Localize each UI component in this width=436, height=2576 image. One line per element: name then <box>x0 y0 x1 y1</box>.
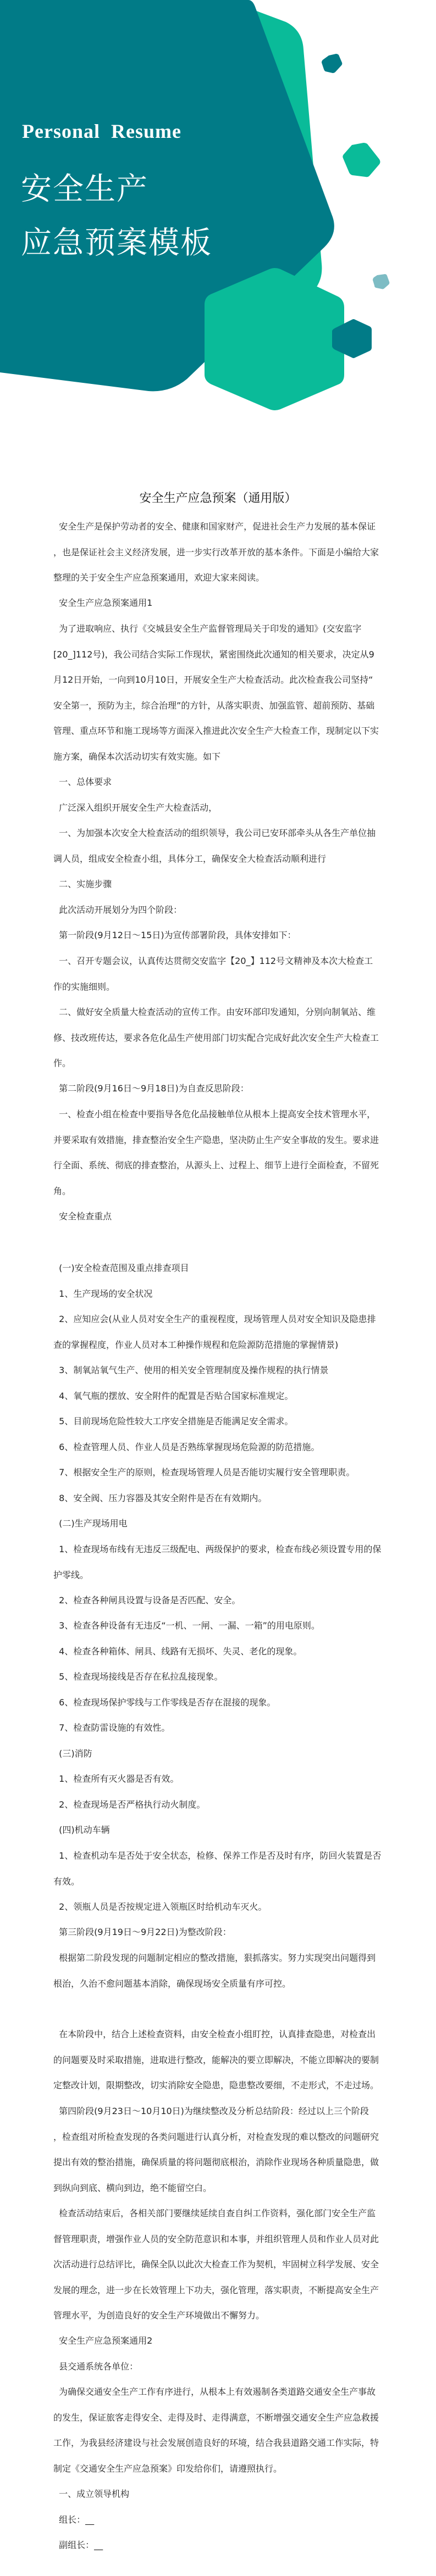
paragraph: 安全生产应急预案通用2 <box>53 2328 383 2354</box>
paragraph: 5、检查现场接线是否存在私拉乱接现象。 <box>53 1664 383 1690</box>
paragraph: 2、领瓶人员是否按规定进入领瓶区时给机动车灭火。 <box>53 1894 383 1920</box>
paragraph: 第一阶段(9月12日～15日)为宣传部署阶段，具体安排如下： <box>53 923 383 949</box>
large-green-hexagon <box>205 268 344 410</box>
cover-title-line2: 应急预案模板 <box>21 219 212 263</box>
paragraph: 县交通系统各单位： <box>53 2354 383 2380</box>
paragraph: 4、氧气瓶的摆放、安全附件的配置是否贴合国家标准规定。 <box>53 1384 383 1409</box>
paragraph: 3、检查各种设备有无违反“一机、一闸、一漏、一箱”的用电原则。 <box>53 1613 383 1639</box>
cover-banner: Personal Resume 安全生产 应急预案模板 <box>0 0 436 483</box>
medium-green-hexagon <box>343 143 380 177</box>
paragraph: 7、根据安全生产的原则，检查现场管理人员是否能切实履行安全管理职责。 <box>53 1460 383 1486</box>
paragraph: 一、总体要求 <box>53 770 383 795</box>
paragraph: 4、检查各种箱体、闸具、线路有无损坏、失灵、老化的现象。 <box>53 1639 383 1665</box>
paragraph: 二、做好安全质量大检查活动的宣传工作。由安环部印发通知，分别向制氧站、维 修、技… <box>53 1000 383 1077</box>
paragraph: 2、应知应会(从业人员对安全生产的重视程度，现场管理人员对安全知识及隐患排 查的… <box>53 1307 383 1358</box>
paragraph: (四)机动车辆 <box>53 1817 383 1843</box>
paragraph: 2、检查各种闸具设置与设备是否匹配、安全。 <box>53 1588 383 1614</box>
paragraph: 此次活动开展划分为四个阶段： <box>53 897 383 923</box>
paragraph: 1、检查所有灭火器是否有效。 <box>53 1766 383 1792</box>
paragraph: 二、实施步骤 <box>53 872 383 897</box>
paragraph: 检查活动结束后，各相关部门要继续延续自查自纠工作资料，强化部门安全生产监 督管理… <box>53 2201 383 2329</box>
paragraph: 第三阶段(9月19日～9月22日)为整改阶段： <box>53 1920 383 1945</box>
paragraph: 3、制氧站氧气生产、使用的相关安全管理制度及操作规程的执行情景 <box>53 1358 383 1384</box>
paragraph: 安全生产是保护劳动者的安全、健康和国家财产，促进社会生产力发展的基本保证 ，也是… <box>53 514 383 591</box>
paragraph: 1、检查现场布线有无违反三级配电、两级保护的要求，检查布线必须设置专用的保 护零… <box>53 1537 383 1588</box>
paragraph: (一)安全检查范围及重点排查项目 <box>53 1256 383 1281</box>
paragraph: (二)生产现场用电 <box>53 1511 383 1537</box>
paragraph: 安全生产应急预案通用1 <box>53 590 383 616</box>
paragraph: 为确保交通安全生产工作有序进行，从根本上有效遏制各类道路交通安全生产事故 的发生… <box>53 2379 383 2482</box>
paragraph: 1、检查机动车是否处于安全状态，检修、保养工作是否及时有序，防回火装置是否 有效… <box>53 1843 383 1894</box>
paragraph: 在本阶段中，结合上述检查资料，由安全检查小组盯控，认真排查隐患，对检查出 的问题… <box>53 2022 383 2099</box>
paragraph: 6、检查管理人员、作业人员是否熟练掌握现场危险源的防范措施。 <box>53 1435 383 1460</box>
paragraph: 一、检查小组在检查中要指导各危化品接触单位从根本上提高安全技术管理水平， 并要采… <box>53 1102 383 1204</box>
paragraph: 1、生产现场的安全状况 <box>53 1281 383 1307</box>
paragraph: 副组长：__ <box>53 2533 383 2558</box>
light-teal-hexagon <box>373 274 389 289</box>
paragraph: 一、为加强本次安全大检查活动的组织领导，我公司已安环部牵头从各生产单位抽 调人员… <box>53 821 383 872</box>
paragraph: (三)消防 <box>53 1741 383 1767</box>
paragraph: 第二阶段(9月16日～9月18日)为自查反思阶段： <box>53 1076 383 1102</box>
paragraph: 一、召开专题会议，认真传达贯彻交安监字【20_】112号文精神及本次大检查工 作… <box>53 949 383 1000</box>
paragraph: 为了进取响应、执行《交城县安全生产监督管理局关于印发的通知》(交安监字 [20_… <box>53 616 383 770</box>
paragraph: 6、检查现场保护零线与工作零线是否存在混接的现象。 <box>53 1690 383 1716</box>
paragraph: 8、安全阀、压力容器及其安全附件是否在有效期内。 <box>53 1486 383 1512</box>
document-title: 安全生产应急预案（通用版） <box>0 489 436 506</box>
paragraph: 根据第二阶段发现的问题制定相应的整改措施，狠抓落实。努力实现突出问题得到 根治，… <box>53 1945 383 1997</box>
paragraph: 组长：__ <box>53 2507 383 2533</box>
paragraph: 广泛深入组织开展安全生产大检查活动， <box>53 795 383 821</box>
paragraph: 2、检查现场是否严格执行动火制度。 <box>53 1792 383 1818</box>
small-dark-hexagon <box>322 54 342 73</box>
paragraph: 5、目前现场危险性较大工序安全措施是否能满足安全需求。 <box>53 1409 383 1435</box>
paragraph: 一、成立领导机构 <box>53 2482 383 2507</box>
cover-title-line1: 安全生产 <box>21 165 148 209</box>
english-title: Personal Resume <box>22 120 181 143</box>
paragraph: 安全检查重点 <box>53 1204 383 1230</box>
paragraph: 7、检查防雷设施的有效性。 <box>53 1715 383 1741</box>
paragraph: 第四阶段(9月23日～10月10日)为继续整改及分析总结阶段：经过以上三个阶段 … <box>53 2099 383 2201</box>
